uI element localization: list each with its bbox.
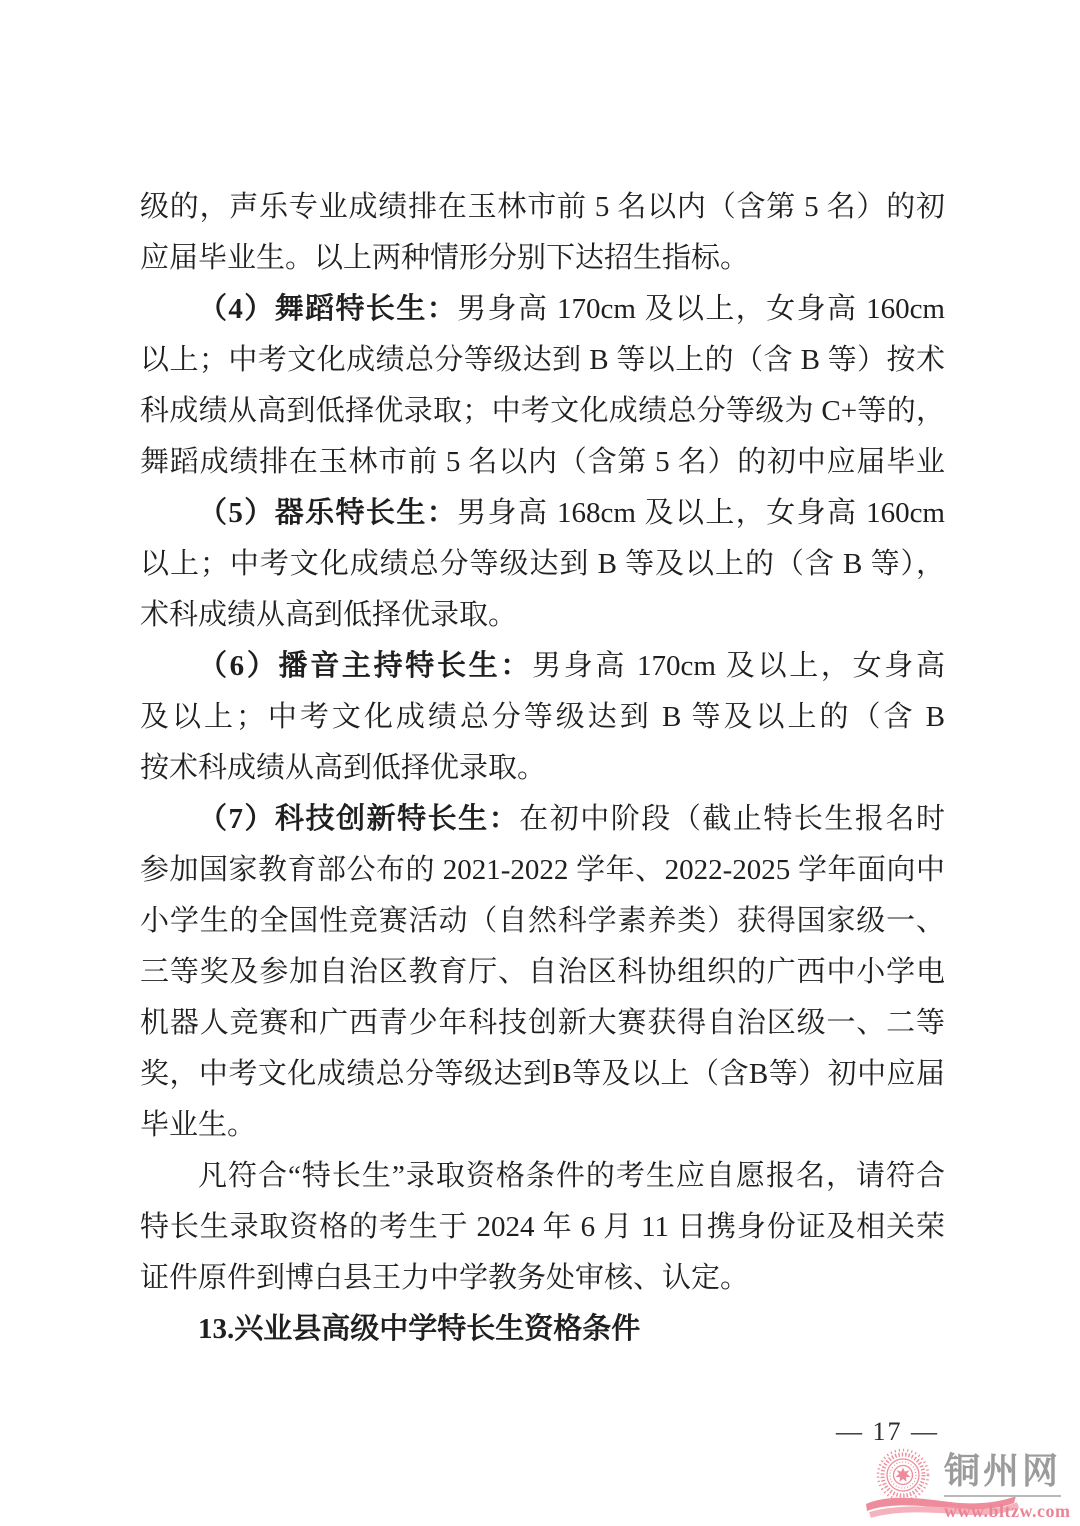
document-line: （4）舞蹈特长生：男身高 170cm 及以上，女身高 160cm 及 [140,284,945,335]
document-line: 机器人竞赛和广西青少年科技创新大赛获得自治区级一、二等 [140,998,945,1049]
document-line: （5）器乐特长生：男身高 168cm 及以上，女身高 160cm 及 [140,488,945,539]
document-line: 小学生的全国性竞赛活动（自然科学素养类）获得国家级一、二、 [140,896,945,947]
text-segment: 按术科成绩从高到低择优录取。 [140,752,546,784]
site-name: 铜州网 [944,1451,1061,1497]
paragraph: （6）播音主持特长生：男身高 170cm 及以上，女身高 160cm及以上；中考… [140,641,945,794]
paragraph: （7）科技创新特长生：在初中阶段（截止特长生报名时间）参加国家教育部公布的 20… [140,794,945,1151]
text-segment: 术科成绩从高到低择优录取。 [140,599,517,631]
bold-text-segment: 13.兴业县高级中学特长生资格条件 [198,1313,640,1345]
document-line: 毕业生。 [140,1100,945,1151]
text-segment: 参加国家教育部公布的 2021-2022 学年、2022-2025 学年面向中 [140,854,945,886]
text-segment: 及以上；中考文化成绩总分等级达到 B 等及以上的（含 B 等）， [140,701,945,743]
text-segment: 三等奖及参加自治区教育厅、自治区科协组织的广西中小学电脑 [140,956,945,998]
text-segment: 特长生录取资格的考生于 2024 年 6 月 11 日携身份证及相关荣誉 [140,1211,945,1253]
document-line: 舞蹈成绩排在玉林市前 5 名以内（含第 5 名）的初中应届毕业生。 [140,437,945,488]
text-segment: 机器人竞赛和广西青少年科技创新大赛获得自治区级一、二等 [140,1007,945,1039]
paragraph: （5）器乐特长生：男身高 168cm 及以上，女身高 160cm 及以上；中考文… [140,488,945,641]
bold-text-segment: （7）科技创新特长生： [198,803,519,835]
document-line: 奖，中考文化成绩总分等级达到B等及以上（含B等）初中应届 [140,1049,945,1100]
document-line: 以上；中考文化成绩总分等级达到 B 等以上的（含 B 等）按术 [140,335,945,386]
document-line: 以上；中考文化成绩总分等级达到 B 等及以上的（含 B 等），按 [140,539,945,590]
document-line: 参加国家教育部公布的 2021-2022 学年、2022-2025 学年面向中 [140,845,945,896]
document-line: 科成绩从高到低择优录取；中考文化成绩总分等级为 C+等的， [140,386,945,437]
document-line: 三等奖及参加自治区教育厅、自治区科协组织的广西中小学电脑 [140,947,945,998]
paragraph: （4）舞蹈特长生：男身高 170cm 及以上，女身高 160cm 及以上；中考文… [140,284,945,488]
text-segment: 小学生的全国性竞赛活动（自然科学素养类）获得国家级一、二、 [140,905,945,947]
bold-text-segment: （4）舞蹈特长生： [198,293,457,325]
paragraph: 13.兴业县高级中学特长生资格条件 [140,1304,945,1355]
document-line: 应届毕业生。以上两种情形分别下达招生指标。 [140,233,945,284]
document-line: 证件原件到博白县王力中学教务处审核、认定。 [140,1253,945,1304]
text-segment: 科成绩从高到低择优录取；中考文化成绩总分等级为 C+等的， [140,395,945,427]
document-line: （7）科技创新特长生：在初中阶段（截止特长生报名时间） [140,794,945,845]
text-segment: 以上；中考文化成绩总分等级达到 B 等以上的（含 B 等）按术 [140,344,945,376]
text-segment: 毕业生。 [140,1109,256,1141]
text-segment: 证件原件到博白县王力中学教务处审核、认定。 [140,1262,749,1294]
text-segment: 级的，声乐专业成绩排在玉林市前 5 名以内（含第 5 名）的初中 [140,191,945,233]
document-line: 级的，声乐专业成绩排在玉林市前 5 名以内（含第 5 名）的初中 [140,182,945,233]
document-line: 按术科成绩从高到低择优录取。 [140,743,945,794]
paragraph: 级的，声乐专业成绩排在玉林市前 5 名以内（含第 5 名）的初中应届毕业生。以上… [140,182,945,284]
document-line: 特长生录取资格的考生于 2024 年 6 月 11 日携身份证及相关荣誉 [140,1202,945,1253]
text-segment: 应届毕业生。以上两种情形分别下达招生指标。 [140,242,749,274]
document-body: 级的，声乐专业成绩排在玉林市前 5 名以内（含第 5 名）的初中应届毕业生。以上… [140,182,945,1355]
document-line: 凡符合“特长生”录取资格条件的考生应自愿报名，请符合 [140,1151,945,1202]
paragraph: 凡符合“特长生”录取资格条件的考生应自愿报名，请符合特长生录取资格的考生于 20… [140,1151,945,1304]
document-page: 级的，声乐专业成绩排在玉林市前 5 名以内（含第 5 名）的初中应届毕业生。以上… [0,0,1080,1526]
site-url: www.bltzw.com [944,1501,1071,1522]
text-segment: 奖，中考文化成绩总分等级达到B等及以上（含B等）初中应届 [140,1058,945,1090]
document-line: （6）播音主持特长生：男身高 170cm 及以上，女身高 160cm [140,641,945,692]
bold-text-segment: （5）器乐特长生： [198,497,457,529]
site-watermark: 铜州网 www.bltzw.com [858,1443,1080,1526]
document-line: 13.兴业县高级中学特长生资格条件 [140,1304,945,1355]
text-segment: 以上；中考文化成绩总分等级达到 B 等及以上的（含 B 等），按 [140,548,945,590]
document-line: 术科成绩从高到低择优录取。 [140,590,945,641]
bold-text-segment: （6）播音主持特长生： [198,650,532,682]
text-segment: 舞蹈成绩排在玉林市前 5 名以内（含第 5 名）的初中应届毕业生。 [140,446,945,488]
text-segment: 凡符合“特长生”录取资格条件的考生应自愿报名，请符合 [198,1160,945,1192]
document-line: 及以上；中考文化成绩总分等级达到 B 等及以上的（含 B 等）， [140,692,945,743]
